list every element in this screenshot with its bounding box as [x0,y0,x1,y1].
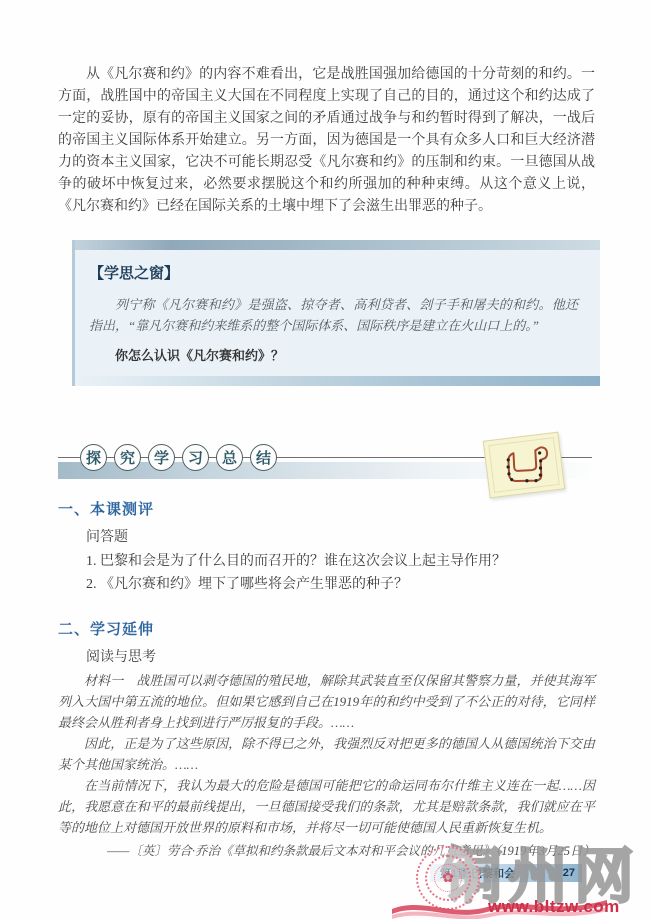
section-heading-extension: 二、学习延伸 [58,618,595,639]
banner-character-circles: 探 究 学 习 总 结 [80,444,277,471]
lenin-quote: 列宁称《凡尔赛和约》是强盗、掠夺者、高利贷者、刽子手和屠夫的和约。他还指出，“靠… [89,294,578,336]
map-outline-icon [484,432,567,499]
footer-lesson-title: 第1课 巴黎和会 [440,865,515,881]
box-bottom-band [75,376,600,386]
extension-subheading: 阅读与思考 [86,646,595,666]
banner-char-circle: 习 [182,444,209,471]
banner-char-circle: 学 [148,444,175,471]
reading-material: 材料一 战胜国可以剥夺德国的殖民地，解除其武装直至仅保留其警察力量，并使其海军列… [58,670,595,838]
box-question: 你怎么认识《凡尔赛和约》？ [89,345,578,364]
watermark-url: www.bltzw.com [488,897,620,917]
banner-char-circle: 探 [80,444,107,471]
banner-char-circle: 总 [216,444,243,471]
section-heading-assessment: 一、本课测评 [58,498,595,519]
banner-char-circle: 究 [114,444,141,471]
thinking-window-box: 【学思之窗】 列宁称《凡尔赛和约》是强盗、掠夺者、高利贷者、刽子手和屠夫的和约。… [72,240,600,386]
assessment-question-1: 1. 巴黎和会是为了什么目的而召开的？谁在这次会议上起主导作用？ [86,550,595,573]
box-top-band [75,240,600,250]
material-paragraph-2: 因此，正是为了这些原因，除不得已之外，我强烈反对把更多的德国人从德国统治下交由某… [58,733,595,775]
assessment-question-2: 2. 《凡尔赛和约》埋下了哪些将会产生罪恶的种子？ [86,573,595,596]
intro-paragraph: 从《凡尔赛和约》的内容不难看出，它是战胜国强加给德国的十分苛刻的和约。一方面，战… [58,64,595,218]
material-paragraph-3: 在当前情况下，我认为最大的危险是德国可能把它的命运同布尔什维主义连在一起……因此… [58,775,595,838]
box-title: 【学思之窗】 [89,262,578,283]
textbook-page: 从《凡尔赛和约》的内容不难看出，它是战胜国强加给德国的十分苛刻的和约。一方面，战… [0,0,650,920]
footer-lesson-bar: 第1课 巴黎和会 27 [430,864,582,882]
question-type-label: 问答题 [86,526,595,546]
footer-page-number: 27 [563,867,575,879]
banner-char-circle: 结 [250,444,277,471]
source-attribution: ——〔英〕劳合·乔治《草拟和约条款最后文本对和平会议的几点意见》（1919年3月… [58,841,595,862]
watermark-ribbon-icon [392,893,607,919]
material-paragraph-1: 材料一 战胜国可以剥夺德国的殖民地，解除其武装直至仅保留其警察力量，并使其海军列… [58,670,595,733]
exercise-sections: 一、本课测评 问答题 1. 巴黎和会是为了什么目的而召开的？谁在这次会议上起主导… [58,498,595,862]
stamp-card-decoration [483,432,566,499]
box-body: 【学思之窗】 列宁称《凡尔赛和约》是强盗、掠夺者、高利贷者、刽子手和屠夫的和约。… [75,250,600,376]
